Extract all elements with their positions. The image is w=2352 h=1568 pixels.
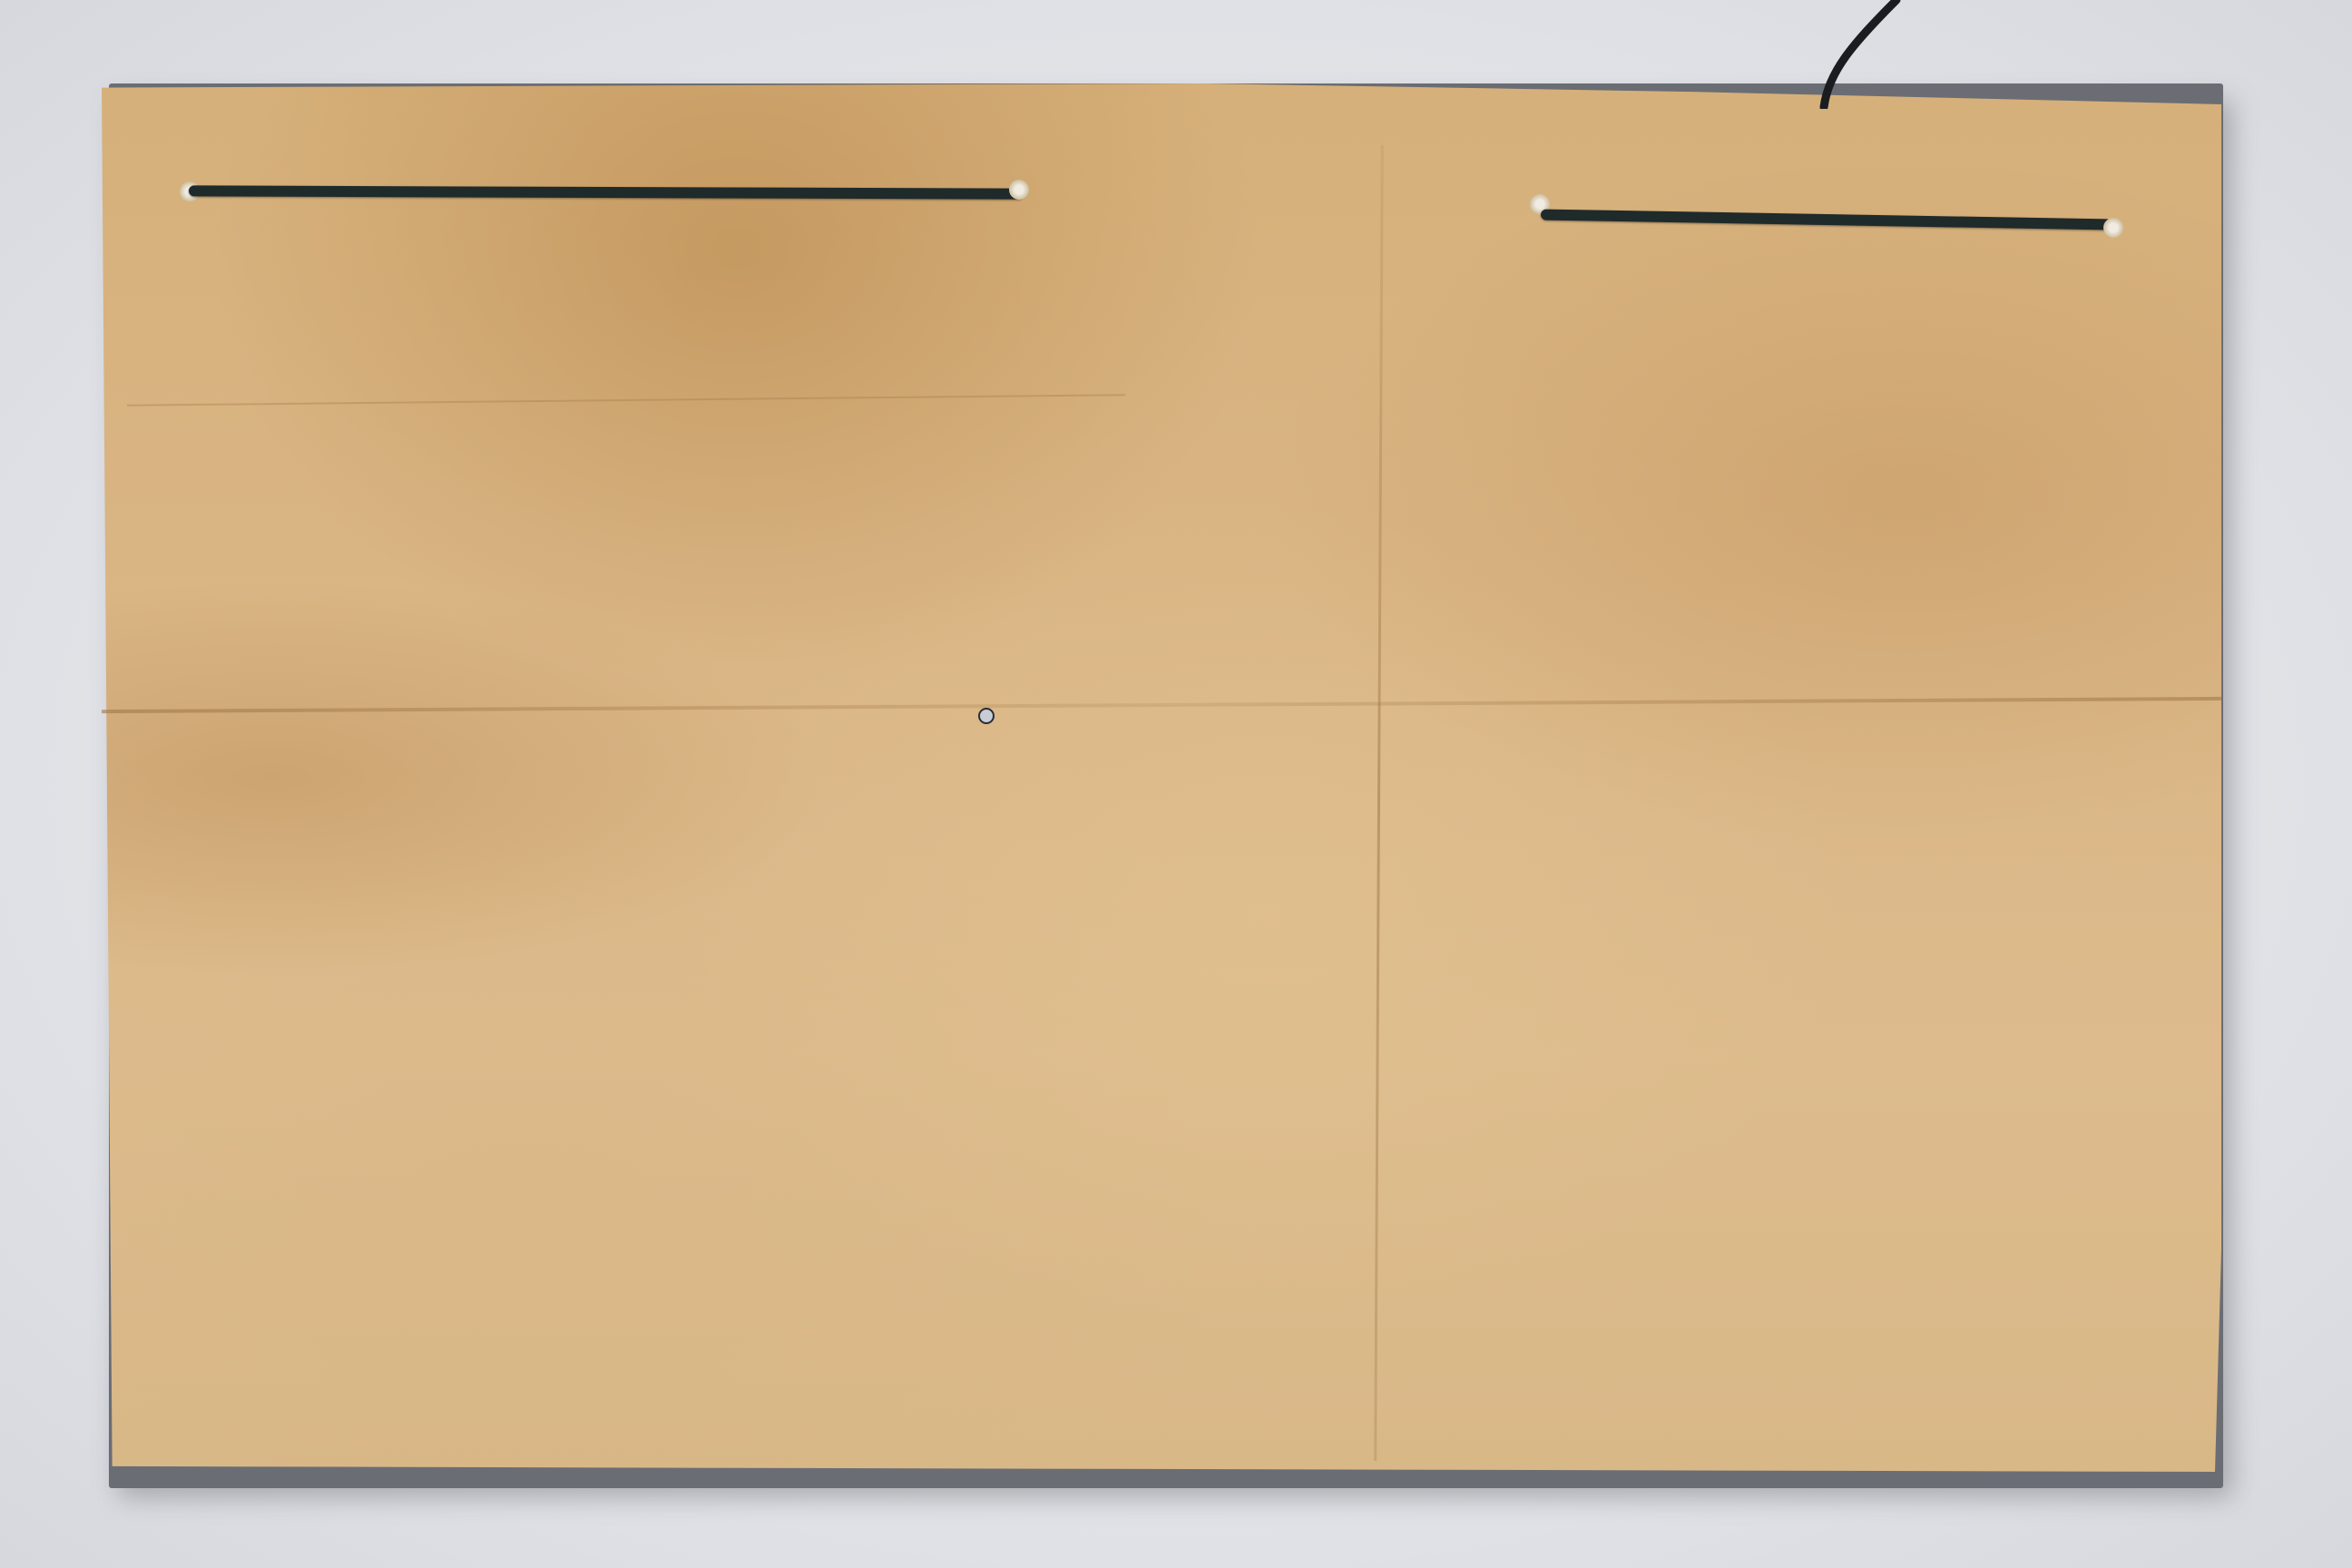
photo-scene — [0, 0, 2352, 1568]
binding-hole-left-2 — [1009, 180, 1029, 200]
binding-hole-right-2 — [2103, 218, 2123, 238]
small-tear-hole — [978, 708, 995, 724]
paper-cover — [102, 83, 2221, 1472]
loose-thread-end — [1815, 0, 1924, 109]
